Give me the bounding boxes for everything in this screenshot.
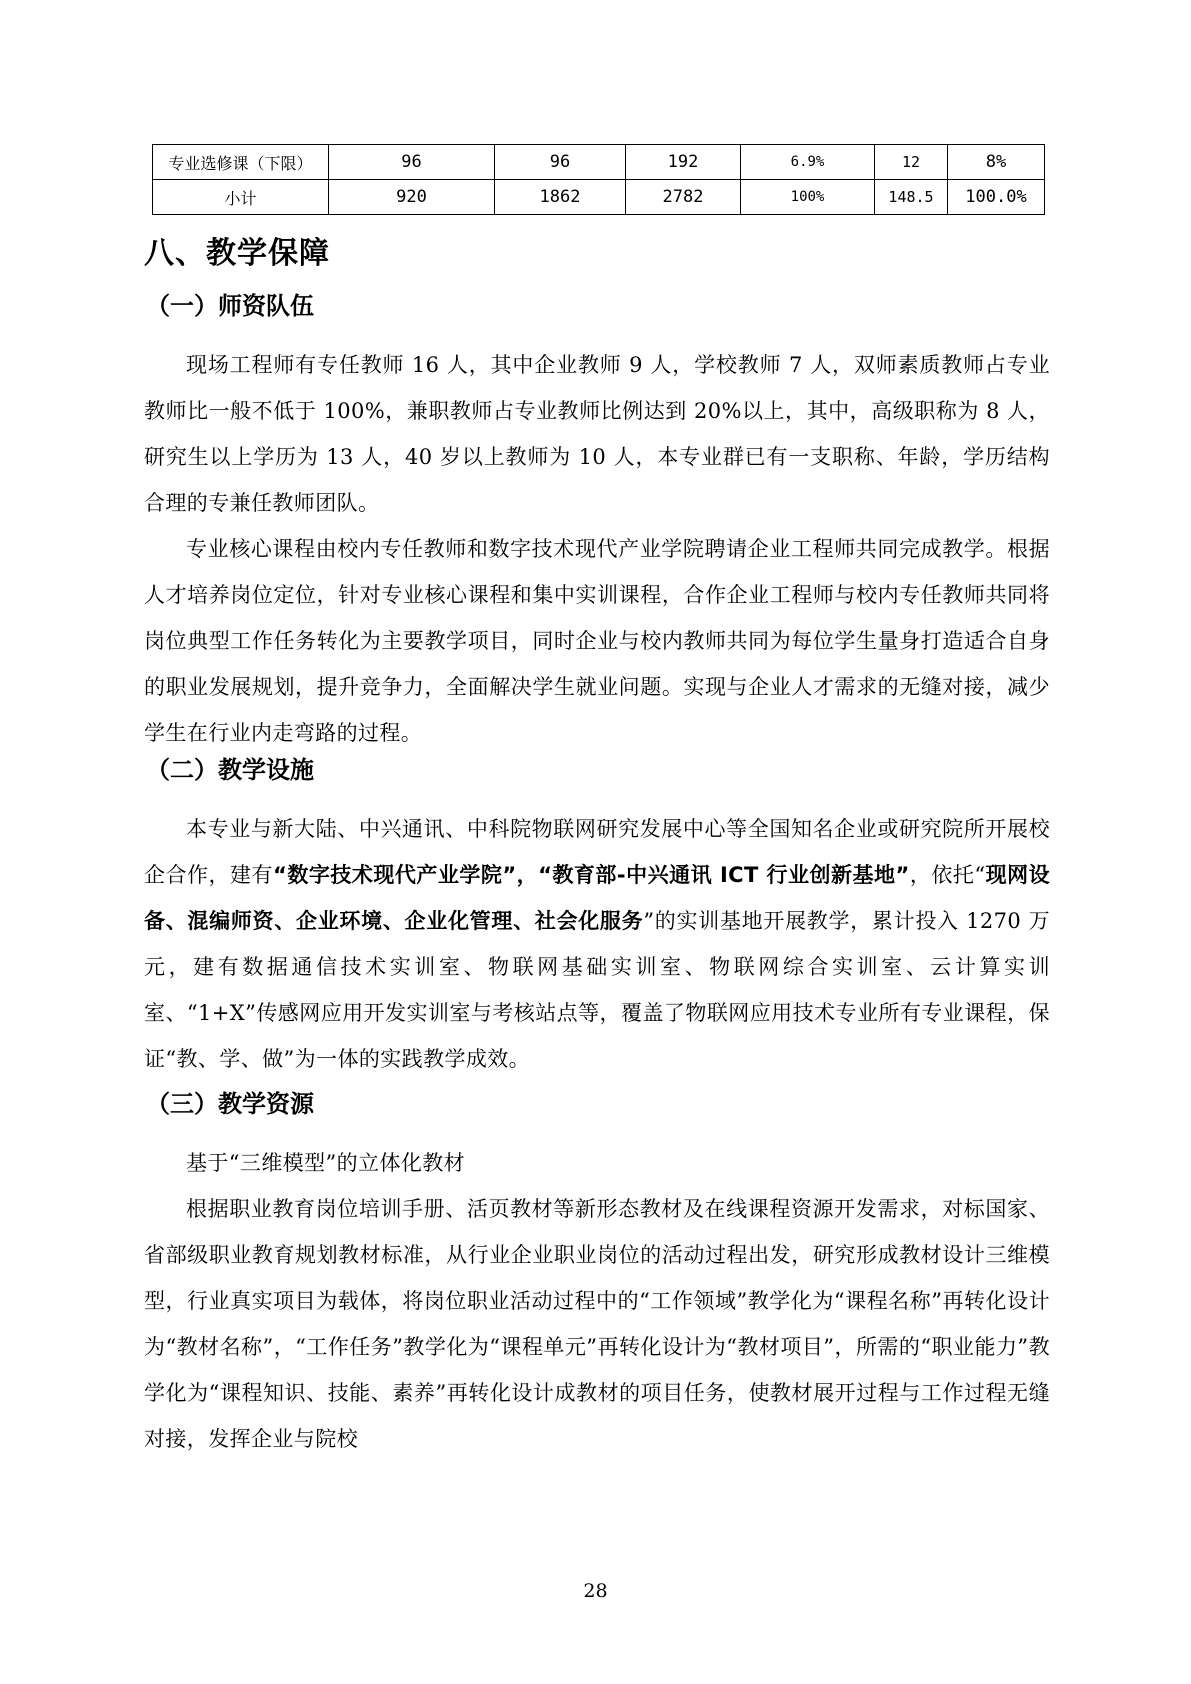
- table-row: 专业选修课（下限） 96 96 192 6.9% 12 8%: [153, 145, 1045, 180]
- bold-text: “数字技术现代产业学院”，“教育部-中兴通讯 ICT 行业创新基地”: [273, 863, 910, 887]
- table-cell: 148.5: [875, 180, 948, 215]
- table-cell: 12: [875, 145, 948, 180]
- subsection-heading-resources: （三）教学资源: [146, 1084, 314, 1119]
- paragraph: 专业核心课程由校内专任教师和数字技术现代产业学院聘请企业工程师共同完成教学。根据…: [144, 526, 1050, 756]
- table-cell: 1862: [495, 180, 626, 215]
- subsection-heading-faculty: （一）师资队伍: [146, 286, 314, 321]
- subsection-heading-facilities: （二）教学设施: [146, 750, 314, 785]
- paragraph: 基于“三维模型”的立体化教材: [144, 1140, 1050, 1186]
- page-number: 28: [0, 1580, 1191, 1602]
- table-cell: 192: [626, 145, 741, 180]
- table-cell: 100%: [741, 180, 875, 215]
- table-row: 小计 920 1862 2782 100% 148.5 100.0%: [153, 180, 1045, 215]
- table-cell: 96: [329, 145, 495, 180]
- text: ，依托“: [910, 863, 986, 887]
- paragraph: 本专业与新大陆、中兴通讯、中科院物联网研究发展中心等全国知名企业或研究院所开展校…: [144, 806, 1050, 1082]
- text: ”的实训基地开展教学，累计投入 1270 万元，建有数据通信技术实训室、物联网基…: [144, 909, 1050, 1071]
- table-cell: 专业选修课（下限）: [153, 145, 329, 180]
- document-page: 专业选修课（下限） 96 96 192 6.9% 12 8% 小计 920 18…: [0, 0, 1191, 1684]
- table-cell: 8%: [948, 145, 1045, 180]
- paragraph: 根据职业教育岗位培训手册、活页教材等新形态教材及在线课程资源开发需求，对标国家、…: [144, 1186, 1050, 1462]
- table-cell: 2782: [626, 180, 741, 215]
- paragraph: 现场工程师有专任教师 16 人，其中企业教师 9 人，学校教师 7 人，双师素质…: [144, 342, 1050, 526]
- table-cell: 96: [495, 145, 626, 180]
- table-cell: 920: [329, 180, 495, 215]
- table-cell: 100.0%: [948, 180, 1045, 215]
- section-heading: 八、教学保障: [144, 228, 330, 272]
- table-cell: 6.9%: [741, 145, 875, 180]
- table-cell: 小计: [153, 180, 329, 215]
- credit-hours-table: 专业选修课（下限） 96 96 192 6.9% 12 8% 小计 920 18…: [152, 144, 1045, 215]
